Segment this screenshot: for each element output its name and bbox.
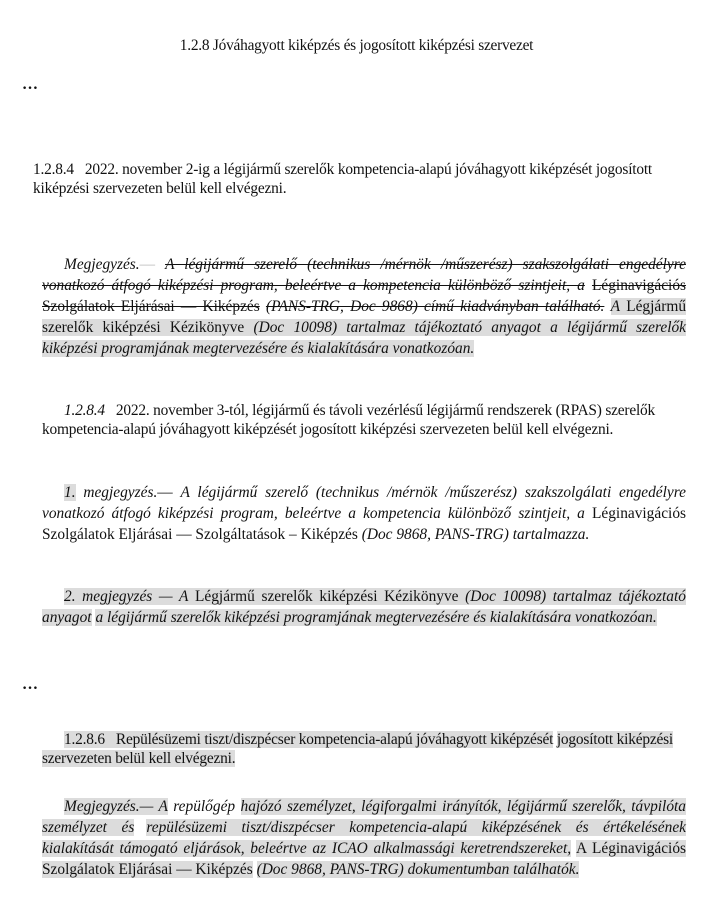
note-label: megjegyzés. <box>83 484 157 501</box>
note-number: 1. <box>64 484 76 501</box>
paragraph-1284-new: 1.2.8.4 2022. november 3-tól, légijármű … <box>42 401 682 439</box>
note-italic-2: anyagot <box>42 609 92 626</box>
paragraph-text: 2022. november 3-tól, légijármű és távol… <box>42 402 655 438</box>
note-label: Megjegyzés. <box>64 256 140 273</box>
note-italic-3: a légijármű szerelők kiképzési programjá… <box>95 609 656 626</box>
note-dash: — <box>157 484 172 501</box>
paragraph-number: 1.2.8.4 <box>64 402 105 419</box>
note-plain-1: Légjármű szerelők kiképzési Kézikönyve <box>195 588 459 605</box>
note-italic-1: (Doc 10098) tartalmaz tájékoztató <box>465 588 686 605</box>
paragraph-number: 1.2.8.6 <box>64 731 105 748</box>
note-italic-3: (Doc 9868, PANS-TRG) dokumentumban talál… <box>257 861 580 878</box>
ellipsis-bottom: … <box>22 676 39 694</box>
note-2: 2. megjegyzés — A Légjármű szerelők kiké… <box>42 586 686 628</box>
note-old: Megjegyzés.— A légijármű szerelő (techni… <box>42 254 686 359</box>
note-italic-2: (Doc 9868, PANS-TRG) tartalmazza. <box>362 526 590 543</box>
paragraph-1286: 1.2.8.6 Repülésüzemi tiszt/diszpécser ko… <box>42 730 682 768</box>
paragraph-number: 1.2.8.4 <box>33 161 74 178</box>
paragraph-text: 2022. november 2-ig a légijármű szerelők… <box>33 161 652 197</box>
note-label: 2. megjegyzés — A <box>64 588 188 605</box>
note-word-plain: repülőgép <box>173 798 235 815</box>
note-final: Megjegyzés.— A repülőgép hajózó személyz… <box>42 796 686 880</box>
ellipsis-top: … <box>22 76 39 94</box>
note-dash: — <box>140 256 155 273</box>
note-label: Megjegyzés.— A <box>64 798 168 815</box>
paragraph-1284-old: 1.2.8.4 2022. november 2-ig a légijármű … <box>33 160 705 198</box>
section-heading: 1.2.8 Jóváhagyott kiképzés és jogosított… <box>0 37 713 55</box>
note-1: 1. megjegyzés.— A légijármű szerelő (tec… <box>42 482 686 545</box>
struck-text-3: (PANS-TRG, Doc 9868) című kiadványban ta… <box>266 298 604 315</box>
paragraph-text-1: Repülésüzemi tiszt/diszpécser kompetenci… <box>116 731 553 748</box>
added-a: A <box>611 298 620 315</box>
